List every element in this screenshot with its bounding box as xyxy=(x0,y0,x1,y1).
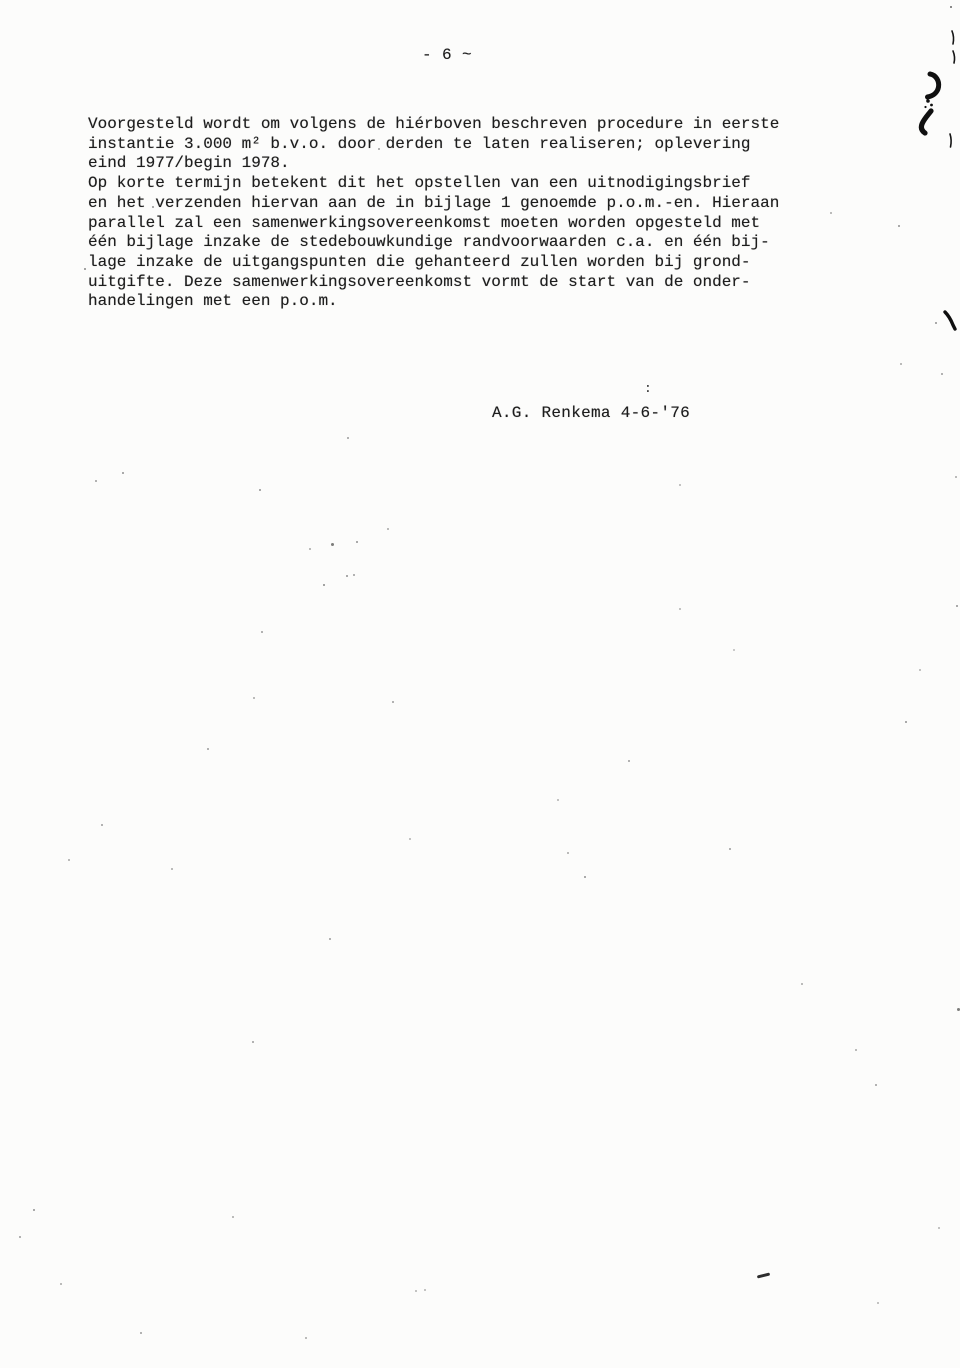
scan-speck xyxy=(898,225,900,227)
scan-speck xyxy=(628,760,630,762)
scan-speck xyxy=(955,476,957,478)
scan-speck xyxy=(171,868,173,870)
scan-speck xyxy=(252,1041,254,1043)
scan-speck xyxy=(919,669,921,671)
scan-speck xyxy=(855,1049,857,1051)
scan-speck xyxy=(60,1283,62,1285)
scan-speck xyxy=(331,543,334,546)
scan-speck xyxy=(877,1302,879,1304)
scan-speck xyxy=(232,1216,234,1218)
scan-speck xyxy=(122,472,124,474)
scan-speck xyxy=(378,148,380,150)
scan-speck xyxy=(261,631,263,633)
scan-speck xyxy=(259,489,261,491)
scan-speck xyxy=(309,548,311,550)
scan-speck xyxy=(19,1236,21,1238)
scan-speck xyxy=(801,983,803,985)
scan-speck xyxy=(956,605,958,607)
scan-speck xyxy=(346,575,348,577)
scanned-document-page: - 6 ~ Voorgesteld wordt om volgens de hi… xyxy=(0,0,960,1368)
scan-speck xyxy=(84,268,86,270)
scan-speck xyxy=(95,480,97,482)
scan-speck xyxy=(584,876,586,878)
scan-speck xyxy=(68,859,70,861)
scan-speck xyxy=(392,701,394,703)
scan-speck xyxy=(353,574,355,576)
scan-speck xyxy=(905,721,907,723)
scan-speck xyxy=(152,206,154,208)
scan-speck xyxy=(140,1332,142,1334)
scan-speck xyxy=(941,373,943,375)
scan-speck xyxy=(557,799,559,801)
scan-speck xyxy=(729,848,731,850)
scan-speck xyxy=(938,1227,940,1229)
scan-speck xyxy=(679,608,681,610)
scan-speck xyxy=(679,484,681,486)
scan-speck xyxy=(323,584,325,586)
scan-speck xyxy=(733,649,735,651)
scan-speck xyxy=(900,363,902,365)
scan-speck xyxy=(347,437,349,439)
scan-speck xyxy=(950,6,952,8)
scan-speck xyxy=(356,541,358,543)
scan-speck xyxy=(415,1290,417,1292)
scan-speck xyxy=(33,1209,35,1211)
scan-speck xyxy=(409,838,411,840)
scan-speck xyxy=(567,852,569,854)
scan-speck xyxy=(305,1337,307,1339)
scan-speck xyxy=(101,824,103,826)
scan-speck xyxy=(329,938,331,940)
scan-speck xyxy=(424,1289,426,1291)
scan-speck xyxy=(207,748,209,750)
scan-noise-layer xyxy=(0,0,960,1368)
scan-speck xyxy=(253,697,255,699)
scan-speck xyxy=(830,212,832,214)
scan-speck xyxy=(935,322,937,324)
scan-speck xyxy=(875,1084,877,1086)
scan-speck xyxy=(387,528,389,530)
